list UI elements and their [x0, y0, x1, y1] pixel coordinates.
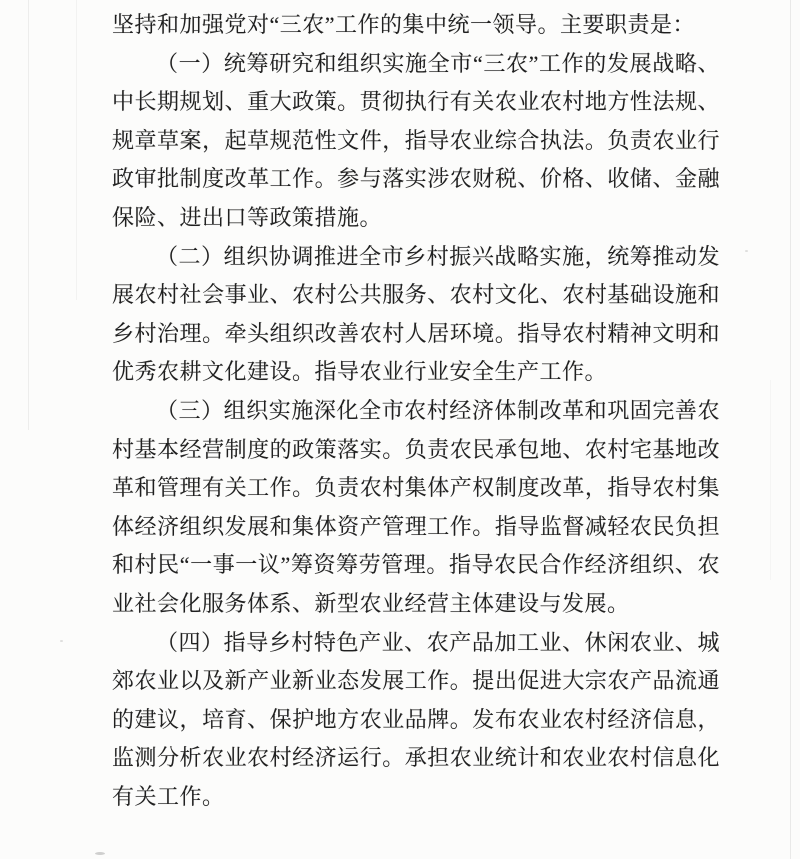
- document-page: 坚持和加强党对“三农”工作的集中统一领导。主要职责是： （一）统筹研究和组织实施…: [0, 0, 800, 859]
- duty-paragraph-1: （一）统筹研究和组织实施全市“三农”工作的发展战略、中长期规划、重大政策。贯彻执…: [112, 45, 720, 238]
- duty-paragraph-2: （二）组织协调推进全市乡村振兴战略实施，统筹推动发展农村社会事业、农村公共服务、…: [112, 238, 720, 392]
- scan-speck: [95, 852, 105, 855]
- scan-artifact-line: [28, 0, 29, 430]
- duty-paragraph-3: （三）组织实施深化全市农村经济体制改革和巩固完善农村基本经营制度的政策落实。负责…: [112, 392, 720, 624]
- scan-speck: [745, 250, 748, 252]
- intro-line: 坚持和加强党对“三农”工作的集中统一领导。主要职责是：: [112, 6, 720, 45]
- scan-speck: [60, 640, 63, 642]
- scan-artifact-line: [790, 0, 791, 859]
- scan-artifact-line: [76, 0, 77, 300]
- duty-paragraph-4: （四）指导乡村特色产业、农产品加工业、休闲农业、城郊农业以及新产业新业态发展工作…: [112, 624, 720, 817]
- document-text-block: 坚持和加强党对“三农”工作的集中统一领导。主要职责是： （一）统筹研究和组织实施…: [112, 6, 720, 816]
- scan-artifact-line: [770, 380, 771, 580]
